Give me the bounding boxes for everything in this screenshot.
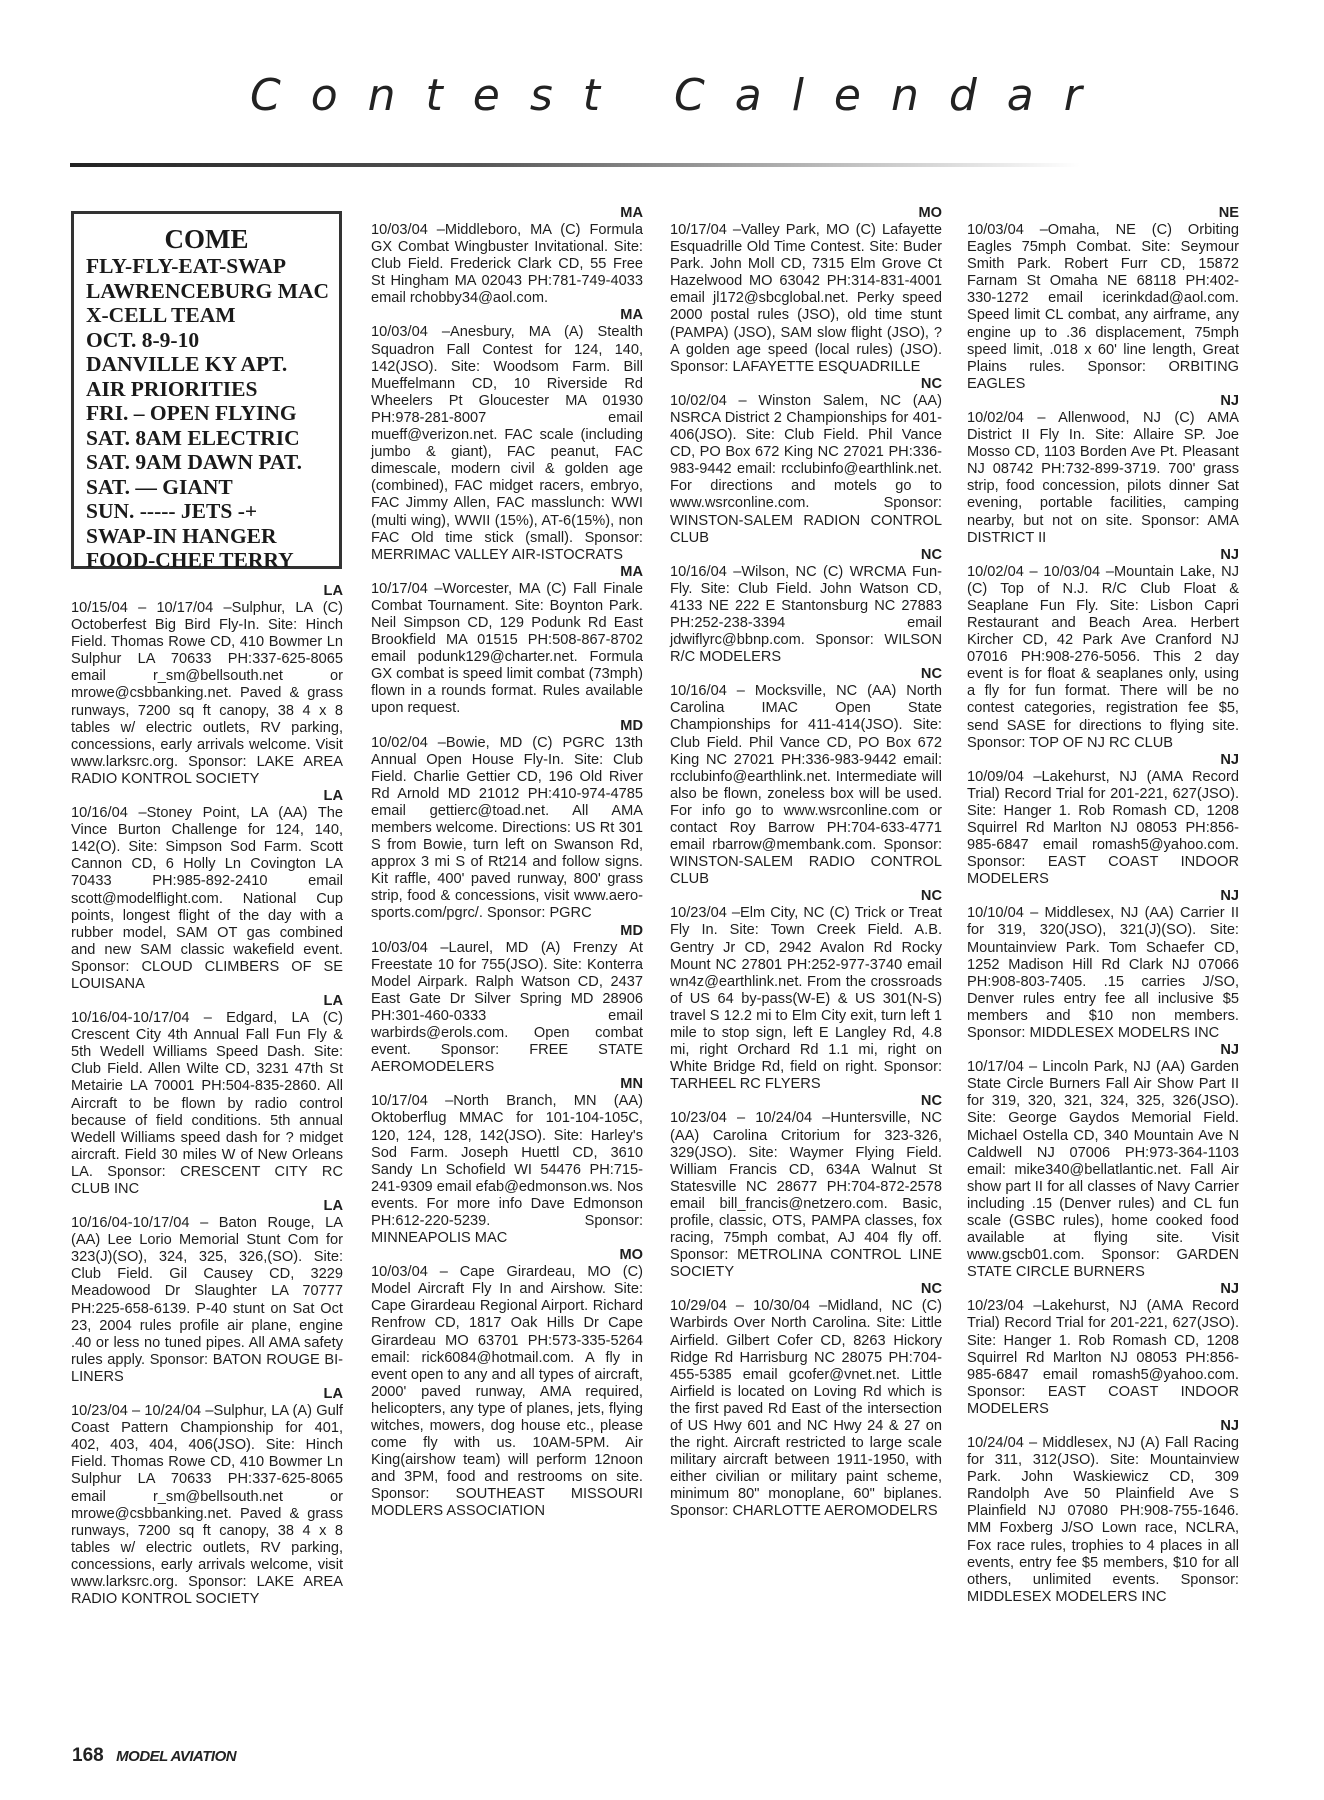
- advertisement-box: COME FLY-FLY-EAT-SWAP LAWRENCEBURG MAC X…: [71, 211, 342, 569]
- entry-text: 10/16/04-10/17/04 – Edgard, LA (C) Cresc…: [71, 1010, 343, 1198]
- entry-text: 10/03/04 –Omaha, NE (C) Orbiting Eagles …: [967, 222, 1239, 393]
- page-title: Contest Calendar: [250, 70, 1112, 121]
- ad-line: SUN. ----- JETS -+: [74, 499, 339, 524]
- ad-line: LAWRENCEBURG MAC: [74, 279, 339, 304]
- entry-text: 10/16/04 –Wilson, NC (C) WRCMA Fun-Fly. …: [670, 564, 942, 667]
- calendar-entry: MD 10/02/04 –Bowie, MD (C) PGRC 13th Ann…: [371, 718, 643, 923]
- calendar-entry: MO 10/17/04 –Valley Park, MO (C) Lafayet…: [670, 205, 942, 376]
- state-label: MO: [670, 205, 942, 222]
- entry-text: 10/03/04 –Anesbury, MA (A) Stealth Squad…: [371, 324, 643, 563]
- calendar-entry: NC 10/29/04 – 10/30/04 –Midland, NC (C) …: [670, 1281, 942, 1520]
- calendar-entry: MN 10/17/04 –North Branch, MN (AA) Oktob…: [371, 1076, 643, 1247]
- calendar-entry: NJ 10/02/04 – 10/03/04 –Mountain Lake, N…: [967, 547, 1239, 752]
- state-label: MD: [371, 718, 643, 735]
- calendar-entry: MA 10/17/04 –Worcester, MA (C) Fall Fina…: [371, 564, 643, 718]
- entry-text: 10/16/04 – Mocksville, NC (AA) North Car…: [670, 683, 942, 888]
- entry-text: 10/03/04 –Middleboro, MA (C) Formula GX …: [371, 222, 643, 307]
- calendar-entry: NJ 10/24/04 – Middlesex, NJ (A) Fall Rac…: [967, 1418, 1239, 1606]
- entry-text: 10/17/04 –North Branch, MN (AA) Oktoberf…: [371, 1093, 643, 1247]
- calendar-entry: MD 10/03/04 –Laurel, MD (A) Frenzy At Fr…: [371, 923, 643, 1077]
- state-label: MA: [371, 307, 643, 324]
- ad-line: SWAP-IN HANGER: [74, 524, 339, 549]
- state-label: NC: [670, 547, 942, 564]
- ad-line: SAT. 8AM ELECTRIC: [74, 426, 339, 451]
- entry-text: 10/23/04 – 10/24/04 –Huntersville, NC (A…: [670, 1110, 942, 1281]
- calendar-column-3: MO 10/17/04 –Valley Park, MO (C) Lafayet…: [670, 205, 942, 1521]
- state-label: LA: [71, 993, 343, 1010]
- entry-text: 10/03/04 – Cape Girardeau, MO (C) Model …: [371, 1264, 643, 1520]
- entry-text: 10/29/04 – 10/30/04 –Midland, NC (C) War…: [670, 1298, 942, 1520]
- state-label: MD: [371, 923, 643, 940]
- calendar-entry: NC 10/23/04 – 10/24/04 –Huntersville, NC…: [670, 1093, 942, 1281]
- state-label: NE: [967, 205, 1239, 222]
- entry-text: 10/16/04-10/17/04 – Baton Rouge, LA (AA)…: [71, 1215, 343, 1386]
- state-label: NJ: [967, 393, 1239, 410]
- page-footer: 168 MODEL AVIATION: [72, 1745, 236, 1767]
- entry-text: 10/16/04 –Stoney Point, LA (AA) The Vinc…: [71, 805, 343, 993]
- ad-line: DANVILLE KY APT.: [74, 352, 339, 377]
- state-label: NC: [670, 376, 942, 393]
- state-label: NJ: [967, 1418, 1239, 1435]
- entry-text: 10/02/04 –Bowie, MD (C) PGRC 13th Annual…: [371, 735, 643, 923]
- state-label: MA: [371, 564, 643, 581]
- calendar-entry: NJ 10/17/04 – Lincoln Park, NJ (AA) Gard…: [967, 1042, 1239, 1281]
- calendar-entry: NC 10/02/04 – Winston Salem, NC (AA) NSR…: [670, 376, 942, 547]
- entry-text: 10/23/04 –Lakehurst, NJ (AMA Record Tria…: [967, 1298, 1239, 1418]
- entry-text: 10/24/04 – Middlesex, NJ (A) Fall Racing…: [967, 1435, 1239, 1606]
- state-label: NC: [670, 1281, 942, 1298]
- entry-text: 10/17/04 –Worcester, MA (C) Fall Finale …: [371, 581, 643, 718]
- calendar-entry: NE 10/03/04 –Omaha, NE (C) Orbiting Eagl…: [967, 205, 1239, 393]
- ad-line: OCT. 8-9-10: [74, 328, 339, 353]
- calendar-column-1: LA 10/15/04 – 10/17/04 –Sulphur, LA (C) …: [71, 583, 343, 1608]
- calendar-column-2: MA 10/03/04 –Middleboro, MA (C) Formula …: [371, 205, 643, 1521]
- state-label: LA: [71, 1386, 343, 1403]
- page-number: 168: [72, 1745, 104, 1766]
- entry-text: 10/10/04 – Middlesex, NJ (AA) Carrier II…: [967, 905, 1239, 1042]
- calendar-entry: MA 10/03/04 –Middleboro, MA (C) Formula …: [371, 205, 643, 307]
- calendar-entry: NJ 10/23/04 –Lakehurst, NJ (AMA Record T…: [967, 1281, 1239, 1418]
- state-label: NJ: [967, 752, 1239, 769]
- ad-line: FOOD-CHEF TERRY: [74, 548, 339, 573]
- state-label: NJ: [967, 888, 1239, 905]
- entry-text: 10/23/04 – 10/24/04 –Sulphur, LA (A) Gul…: [71, 1403, 343, 1608]
- entry-text: 10/23/04 –Elm City, NC (C) Trick or Trea…: [670, 905, 942, 1093]
- calendar-entry: MA 10/03/04 –Anesbury, MA (A) Stealth Sq…: [371, 307, 643, 563]
- calendar-entry: MO 10/03/04 – Cape Girardeau, MO (C) Mod…: [371, 1247, 643, 1520]
- state-label: NC: [670, 888, 942, 905]
- calendar-entry: LA 10/16/04-10/17/04 – Baton Rouge, LA (…: [71, 1198, 343, 1386]
- state-label: NJ: [967, 547, 1239, 564]
- calendar-entry: LA 10/23/04 – 10/24/04 –Sulphur, LA (A) …: [71, 1386, 343, 1608]
- entry-text: 10/15/04 – 10/17/04 –Sulphur, LA (C) Oct…: [71, 600, 343, 788]
- entry-text: 10/02/04 – Winston Salem, NC (AA) NSRCA …: [670, 393, 942, 547]
- ad-line: SAT. — GIANT: [74, 475, 339, 500]
- calendar-entry: LA 10/16/04-10/17/04 – Edgard, LA (C) Cr…: [71, 993, 343, 1198]
- calendar-entry: NC 10/16/04 – Mocksville, NC (AA) North …: [670, 666, 942, 888]
- entry-text: 10/17/04 –Valley Park, MO (C) Lafayette …: [670, 222, 942, 376]
- state-label: NC: [670, 1093, 942, 1110]
- calendar-entry: LA 10/16/04 –Stoney Point, LA (AA) The V…: [71, 788, 343, 993]
- calendar-entry: NJ 10/10/04 – Middlesex, NJ (AA) Carrier…: [967, 888, 1239, 1042]
- state-label: MA: [371, 205, 643, 222]
- calendar-entry: NJ 10/02/04 – Allenwood, NJ (C) AMA Dist…: [967, 393, 1239, 547]
- state-label: NC: [670, 666, 942, 683]
- entry-text: 10/02/04 – 10/03/04 –Mountain Lake, NJ (…: [967, 564, 1239, 752]
- state-label: MN: [371, 1076, 643, 1093]
- entry-text: 10/09/04 –Lakehurst, NJ (AMA Record Tria…: [967, 769, 1239, 889]
- ad-line: SAT. 9AM DAWN PAT.: [74, 450, 339, 475]
- calendar-entry: NC 10/16/04 –Wilson, NC (C) WRCMA Fun-Fl…: [670, 547, 942, 667]
- entry-text: 10/03/04 –Laurel, MD (A) Frenzy At Frees…: [371, 940, 643, 1077]
- calendar-entry: NC 10/23/04 –Elm City, NC (C) Trick or T…: [670, 888, 942, 1093]
- ad-line: AIR PRIORITIES: [74, 377, 339, 402]
- entry-text: 10/17/04 – Lincoln Park, NJ (AA) Garden …: [967, 1059, 1239, 1281]
- ad-line: FLY-FLY-EAT-SWAP: [74, 254, 339, 279]
- ad-line: X-CELL TEAM: [74, 303, 339, 328]
- calendar-column-4: NE 10/03/04 –Omaha, NE (C) Orbiting Eagl…: [967, 205, 1239, 1606]
- calendar-entry: LA 10/15/04 – 10/17/04 –Sulphur, LA (C) …: [71, 583, 343, 788]
- state-label: NJ: [967, 1042, 1239, 1059]
- state-label: NJ: [967, 1281, 1239, 1298]
- state-label: LA: [71, 788, 343, 805]
- header-divider: [70, 163, 1080, 167]
- state-label: MO: [371, 1247, 643, 1264]
- ad-line: FRI. – OPEN FLYING: [74, 401, 339, 426]
- ad-heading: COME: [74, 224, 339, 254]
- state-label: LA: [71, 1198, 343, 1215]
- calendar-entry: NJ 10/09/04 –Lakehurst, NJ (AMA Record T…: [967, 752, 1239, 889]
- state-label: LA: [71, 583, 343, 600]
- entry-text: 10/02/04 – Allenwood, NJ (C) AMA Distric…: [967, 410, 1239, 547]
- magazine-name: MODEL AVIATION: [116, 1748, 236, 1765]
